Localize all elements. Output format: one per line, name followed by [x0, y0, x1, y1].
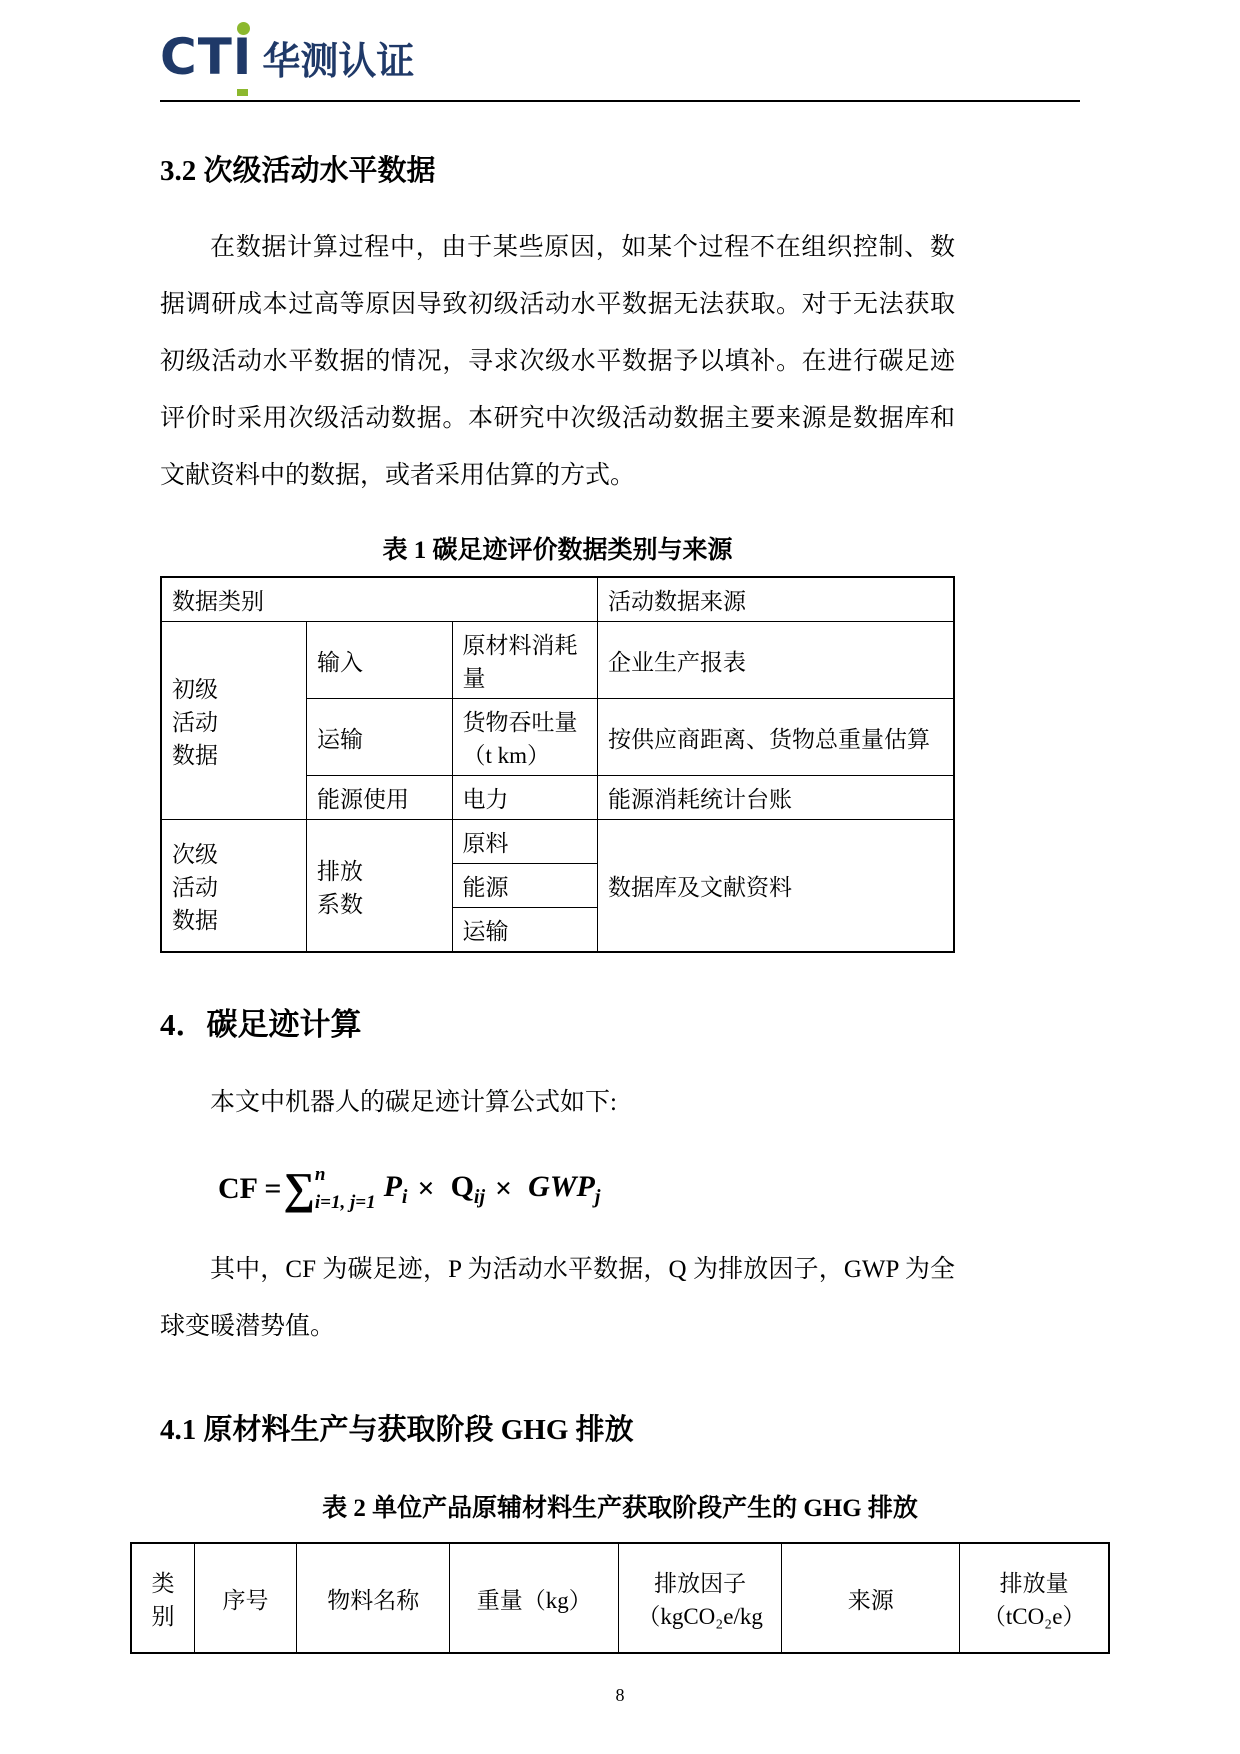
table1-caption: 表 1 碳足迹评价数据类别与来源: [160, 530, 955, 566]
table2-header-category: 类 别: [131, 1543, 194, 1653]
paragraph-3-2: 在数据计算过程中，由于某些原因，如某个过程不在组织控制、数据调研成本过高等原因导…: [160, 219, 955, 504]
cti-logo: CTI 华测认证: [160, 28, 414, 86]
table1-cell: 按供应商距离、货物总重量估算: [598, 699, 955, 776]
table1-cell: 输入: [307, 622, 453, 699]
cti-logo-green-mark-icon: [237, 89, 248, 96]
table2-header-source: 来源: [782, 1543, 960, 1653]
multiply-sign: ×: [417, 1172, 434, 1206]
table1-primary-label: 初级 活动 数据: [161, 622, 307, 820]
table2-caption: 表 2 单位产品原辅材料生产获取阶段产生的 GHG 排放: [130, 1488, 1110, 1524]
table1-factor-label: 排放 系数: [307, 820, 453, 953]
table1-cell: 能源消耗统计台账: [598, 776, 955, 820]
table1-secondary-source: 数据库及文献资料: [598, 820, 955, 953]
table1: 数据类别 活动数据来源 初级 活动 数据 输入 原材料消耗量 企业生产报表 运输…: [160, 576, 955, 953]
formula-lhs: CF =: [218, 1172, 281, 1206]
table1-cell: 电力: [452, 776, 598, 820]
header-divider: [160, 100, 1080, 102]
formula-term-q: Qij: [451, 1170, 485, 1209]
paragraph-4-intro: 本文中机器人的碳足迹计算公式如下:: [160, 1074, 955, 1131]
table2: 类 别 序号 物料名称 重量（kg） 排放因子 （kgCO₂e/kg 来源 排放…: [130, 1542, 1110, 1654]
table2-header-weight: 重量（kg）: [450, 1543, 619, 1653]
table2-header-factor: 排放因子 （kgCO₂e/kg: [619, 1543, 782, 1653]
cti-logo-letters: CTI: [160, 28, 252, 86]
summation-lower: i=1, j=1: [315, 1193, 376, 1213]
table1-cell: 原料: [452, 820, 598, 864]
table2-header-emission: 排放量 （tCO₂e）: [960, 1543, 1109, 1653]
heading-4-1: 4.1 原材料生产与获取阶段 GHG 排放: [160, 1407, 955, 1448]
table1-cell: 运输: [307, 699, 453, 776]
carbon-footprint-formula: CF = ∑ n i=1, j=1 Pi × Qij × GWPj: [218, 1167, 955, 1211]
page-content: 3.2 次级活动水平数据 在数据计算过程中，由于某些原因，如某个过程不在组织控制…: [160, 130, 955, 1654]
table1-cell: 货物吞吐量（t km）: [452, 699, 598, 776]
cti-logo-text: CTI: [160, 28, 252, 86]
formula-term-gwp: GWPj: [528, 1170, 600, 1209]
sigma-icon: ∑: [283, 1167, 314, 1211]
table1-cell: 能源使用: [307, 776, 453, 820]
heading-4: 4．碳足迹计算: [160, 999, 955, 1044]
table-row: 初级 活动 数据 输入 原材料消耗量 企业生产报表: [161, 622, 954, 699]
table2-header-index: 序号: [194, 1543, 296, 1653]
summation: ∑ n i=1, j=1: [283, 1167, 375, 1211]
summation-upper: n: [315, 1165, 376, 1185]
summation-limits: n i=1, j=1: [315, 1169, 376, 1209]
cti-logo-chinese: 华测认证: [262, 38, 414, 86]
table-row: 类 别 序号 物料名称 重量（kg） 排放因子 （kgCO₂e/kg 来源 排放…: [131, 1543, 1109, 1653]
table1-cell: 原材料消耗量: [452, 622, 598, 699]
table-row: 数据类别 活动数据来源: [161, 577, 954, 622]
table1-cell: 运输: [452, 908, 598, 953]
table1-cell: 企业生产报表: [598, 622, 955, 699]
formula-term-p: Pi: [384, 1170, 408, 1209]
table2-wrapper: 表 2 单位产品原辅材料生产获取阶段产生的 GHG 排放 类 别 序号 物料名称…: [130, 1488, 1110, 1654]
heading-3-2: 3.2 次级活动水平数据: [160, 148, 955, 189]
table1-header-source: 活动数据来源: [598, 577, 955, 622]
table1-header-category: 数据类别: [161, 577, 598, 622]
table1-secondary-label: 次级 活动 数据: [161, 820, 307, 953]
document-page: CTI 华测认证 3.2 次级活动水平数据 在数据计算过程中，由于某些原因，如某…: [0, 0, 1240, 1754]
paragraph-4-explain: 其中，CF 为碳足迹，P 为活动水平数据，Q 为排放因子，GWP 为全球变暖潜势…: [160, 1241, 955, 1355]
multiply-sign: ×: [495, 1172, 512, 1206]
table-row: 次级 活动 数据 排放 系数 原料 数据库及文献资料: [161, 820, 954, 864]
page-number: 8: [0, 1685, 1240, 1706]
table1-cell: 能源: [452, 864, 598, 908]
table2-header-material: 物料名称: [297, 1543, 450, 1653]
